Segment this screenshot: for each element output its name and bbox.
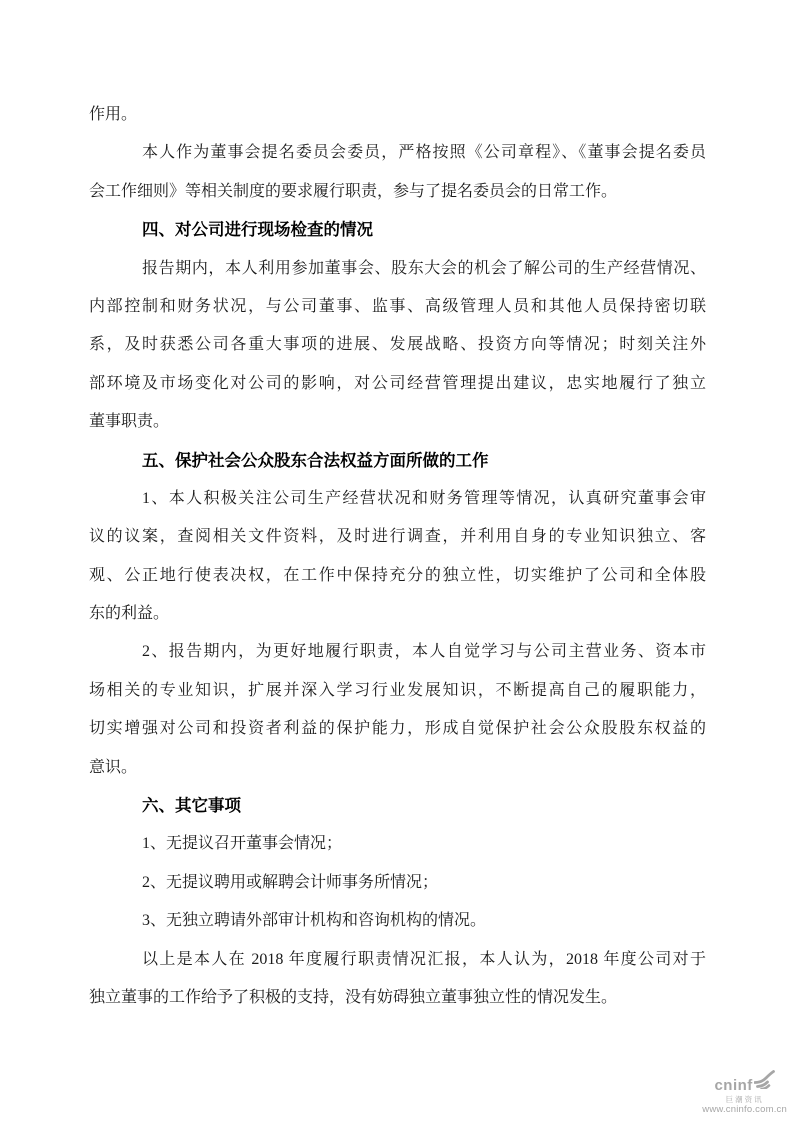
cninfo-logo: cninf 巨潮资讯 www.cninfo.com.cn [702,1070,787,1115]
cninfo-url-text: www.cninfo.com.cn [702,1105,787,1115]
text-line: 系，及时获悉公司各重大事项的进展、发展战略、投资方向等情况；时刻关注外 [89,326,706,364]
document-page: 作用。本人作为董事会提名委员会委员，严格按照《公司章程》、《董事会提名委员会工作… [0,0,793,1122]
paragraph: 本人作为董事会提名委员会委员，严格按照《公司章程》、《董事会提名委员会工作细则》… [89,134,706,211]
heading-text-line: 五、保护社会公众股东合法权益方面所做的工作 [89,442,706,480]
paragraph: 1、本人积极关注公司生产经营状况和财务管理等情况，认真研究董事会审议的议案，查阅… [89,480,706,634]
text-line: 2、报告期内，为更好地履行职责，本人自觉学习与公司主营业务、资本市 [89,633,706,671]
section-heading: 四、对公司进行现场检查的情况 [89,211,706,249]
text-line: 本人作为董事会提名委员会委员，严格按照《公司章程》、《董事会提名委员 [89,134,706,172]
text-line: 报告期内，本人利用参加董事会、股东大会的机会了解公司的生产经营情况、 [89,250,706,288]
text-line: 意识。 [89,749,706,787]
text-line: 观、公正地行使表决权，在工作中保持充分的独立性，切实维护了公司和全体股 [89,557,706,595]
text-line: 2、无提议聘用或解聘会计师事务所情况； [89,864,706,902]
paragraph: 报告期内，本人利用参加董事会、股东大会的机会了解公司的生产经营情况、内部控制和财… [89,250,706,442]
paragraph: 1、无提议召开董事会情况； [89,825,706,863]
paragraph: 3、无独立聘请外部审计机构和咨询机构的情况。 [89,902,706,940]
text-line: 1、本人积极关注公司生产经营状况和财务管理等情况，认真研究董事会审 [89,480,706,518]
text-line: 内部控制和财务状况，与公司董事、监事、高级管理人员和其他人员保持密切联 [89,288,706,326]
cninfo-logo-row: cninf [702,1070,787,1095]
text-line: 董事职责。 [89,403,706,441]
paragraph: 作用。 [89,96,706,134]
text-line: 东的利益。 [89,595,706,633]
text-line: 切实增强对公司和投资者利益的保护能力，形成自觉保护社会公众股股东权益的 [89,710,706,748]
text-line: 1、无提议召开董事会情况； [89,825,706,863]
section-heading: 五、保护社会公众股东合法权益方面所做的工作 [89,442,706,480]
cninfo-swirl-icon [754,1070,775,1094]
heading-text-line: 六、其它事项 [89,787,706,825]
paragraph: 2、报告期内，为更好地履行职责，本人自觉学习与公司主营业务、资本市场相关的专业知… [89,633,706,787]
text-line: 3、无独立聘请外部审计机构和咨询机构的情况。 [89,902,706,940]
paragraph: 2、无提议聘用或解聘会计师事务所情况； [89,864,706,902]
paragraph: 以上是本人在 2018 年度履行职责情况汇报，本人认为，2018 年度公司对于独… [89,941,706,1018]
text-line: 独立董事的工作给予了积极的支持，没有妨碍独立董事独立性的情况发生。 [89,979,706,1017]
text-line: 作用。 [89,96,706,134]
heading-text-line: 四、对公司进行现场检查的情况 [89,211,706,249]
text-line: 会工作细则》等相关制度的要求履行职责，参与了提名委员会的日常工作。 [89,173,706,211]
cninfo-chinese-name: 巨潮资讯 [702,1096,787,1104]
cninfo-brand-text: cninf [714,1078,752,1095]
text-line: 议的议案，查阅相关文件资料，及时进行调查，并利用自身的专业知识独立、客 [89,518,706,556]
text-line: 部环境及市场变化对公司的影响，对公司经营管理提出建议，忠实地履行了独立 [89,365,706,403]
section-heading: 六、其它事项 [89,787,706,825]
document-body: 作用。本人作为董事会提名委员会委员，严格按照《公司章程》、《董事会提名委员会工作… [89,96,706,1017]
text-line: 以上是本人在 2018 年度履行职责情况汇报，本人认为，2018 年度公司对于 [89,941,706,979]
text-line: 场相关的专业知识，扩展并深入学习行业发展知识，不断提高自己的履职能力， [89,672,706,710]
